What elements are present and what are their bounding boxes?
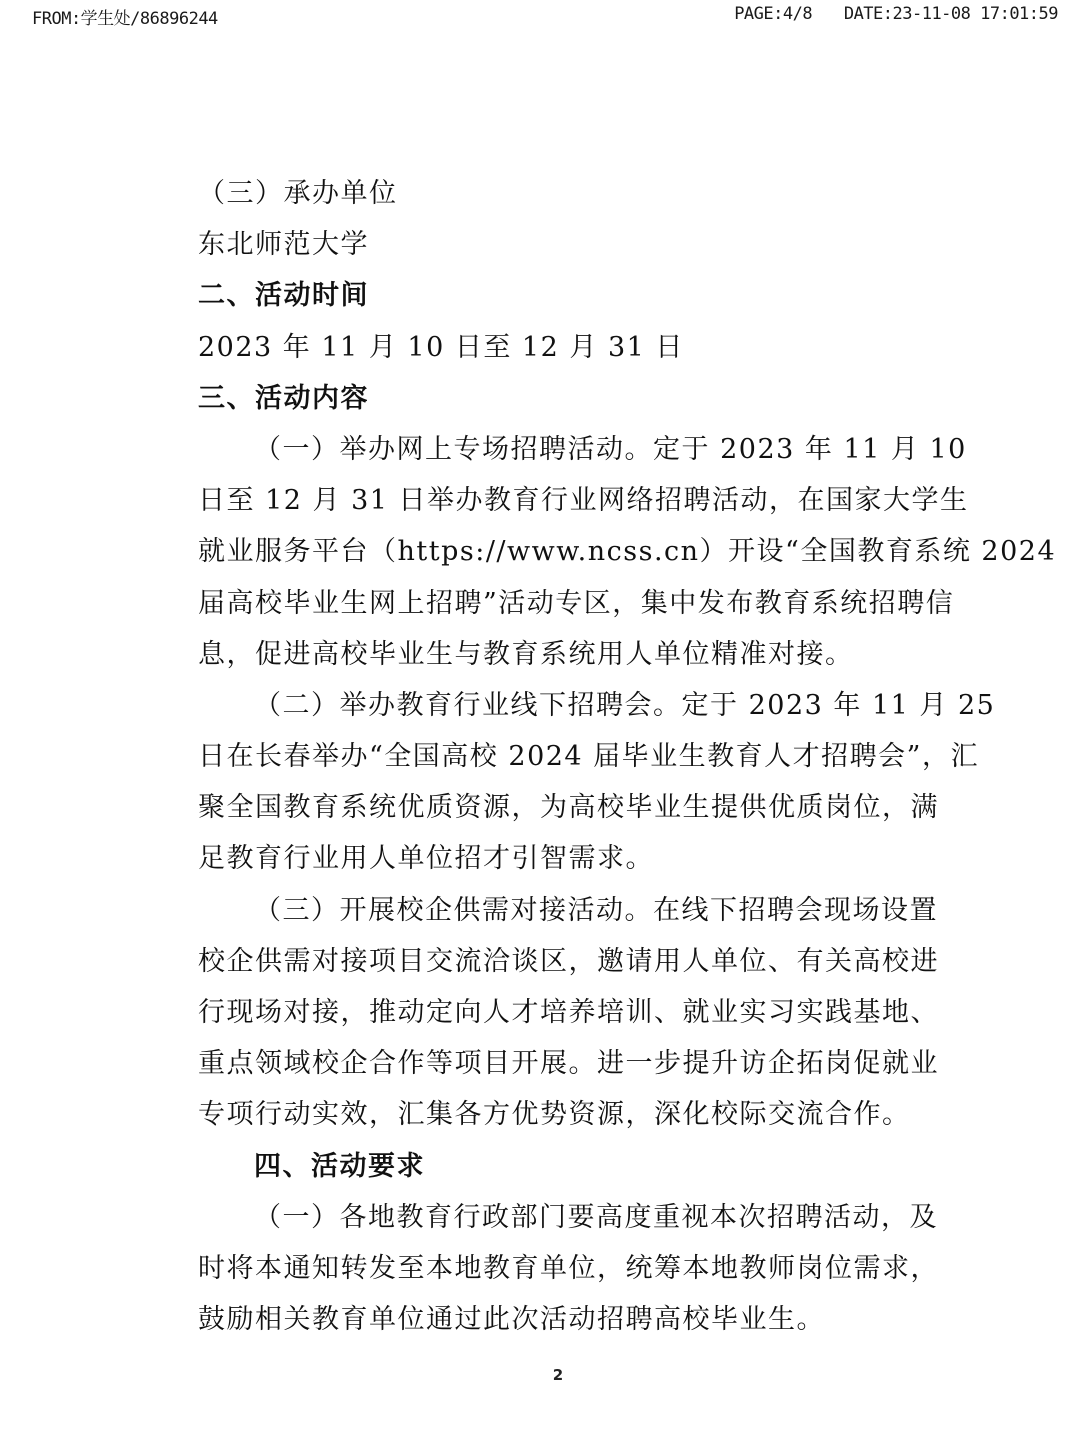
activity-period: 2023 年 11 月 10 日至 12 月 31 日 [198,326,914,377]
paragraph-line: 重点领域校企合作等项目开展。进一步提升访企拓岗促就业 [198,1042,914,1093]
paragraph-line: （二）举办教育行业线下招聘会。定于 2023 年 11 月 25 [198,684,914,735]
paragraph-line: 足教育行业用人单位招才引智需求。 [198,837,914,888]
content-item-offline-fair: （二）举办教育行业线下招聘会。定于 2023 年 11 月 25 日在长春举办“… [198,684,914,889]
paragraph-line: 日在长春举办“全国高校 2024 届毕业生教育人才招聘会”，汇 [198,735,914,786]
fax-meta: PAGE:4/8 DATE:23-11-08 17:01:59 [734,4,1058,24]
paragraph-line: 行现场对接，推动定向人才培养培训、就业实习实践基地、 [198,991,914,1042]
document-body: （三）承办单位 东北师范大学 二、活动时间 2023 年 11 月 10 日至 … [198,172,914,1349]
page-number: 2 [0,1366,1080,1384]
paragraph-line: 鼓励相关教育单位通过此次活动招聘高校毕业生。 [198,1298,914,1349]
paragraph-line: （一）举办网上专场招聘活动。定于 2023 年 11 月 10 [198,428,914,479]
requirement-item-1: （一）各地教育行政部门要高度重视本次招聘活动，及 时将本通知转发至本地教育单位，… [198,1196,914,1350]
content-item-online-recruitment: （一）举办网上专场招聘活动。定于 2023 年 11 月 10 日至 12 月 … [198,428,914,684]
paragraph-line: 日至 12 月 31 日举办教育行业网络招聘活动，在国家大学生 [198,479,914,530]
paragraph-line: 时将本通知转发至本地教育单位，统筹本地教师岗位需求， [198,1247,914,1298]
fax-page-indicator: PAGE:4/8 [734,4,812,24]
organizer-subheading: （三）承办单位 [198,172,914,223]
section-heading-time: 二、活动时间 [198,274,914,325]
paragraph-line: 息，促进高校毕业生与教育系统用人单位精准对接。 [198,633,914,684]
paragraph-line: 专项行动实效，汇集各方优势资源，深化校际交流合作。 [198,1093,914,1144]
content-item-school-enterprise: （三）开展校企供需对接活动。在线下招聘会现场设置 校企供需对接项目交流洽谈区，邀… [198,889,914,1145]
paragraph-line: （三）开展校企供需对接活动。在线下招聘会现场设置 [198,889,914,940]
fax-header: FROM:学生处/86896244 PAGE:4/8 DATE:23-11-08… [0,0,1080,30]
paragraph-line: 届高校毕业生网上招聘”活动专区，集中发布教育系统招聘信 [198,582,914,633]
paragraph-line: 校企供需对接项目交流洽谈区，邀请用人单位、有关高校进 [198,940,914,991]
paragraph-line: 聚全国教育系统优质资源，为高校毕业生提供优质岗位，满 [198,786,914,837]
section-heading-content: 三、活动内容 [198,377,914,428]
fax-sender: FROM:学生处/86896244 [32,4,218,29]
paragraph-line: （一）各地教育行政部门要高度重视本次招聘活动，及 [198,1196,914,1247]
paragraph-line: 就业服务平台（https://www.ncss.cn）开设“全国教育系统 202… [198,530,914,581]
organizer-name: 东北师范大学 [198,223,914,274]
fax-timestamp: DATE:23-11-08 17:01:59 [844,4,1058,24]
section-heading-requirements: 四、活动要求 [198,1145,914,1196]
